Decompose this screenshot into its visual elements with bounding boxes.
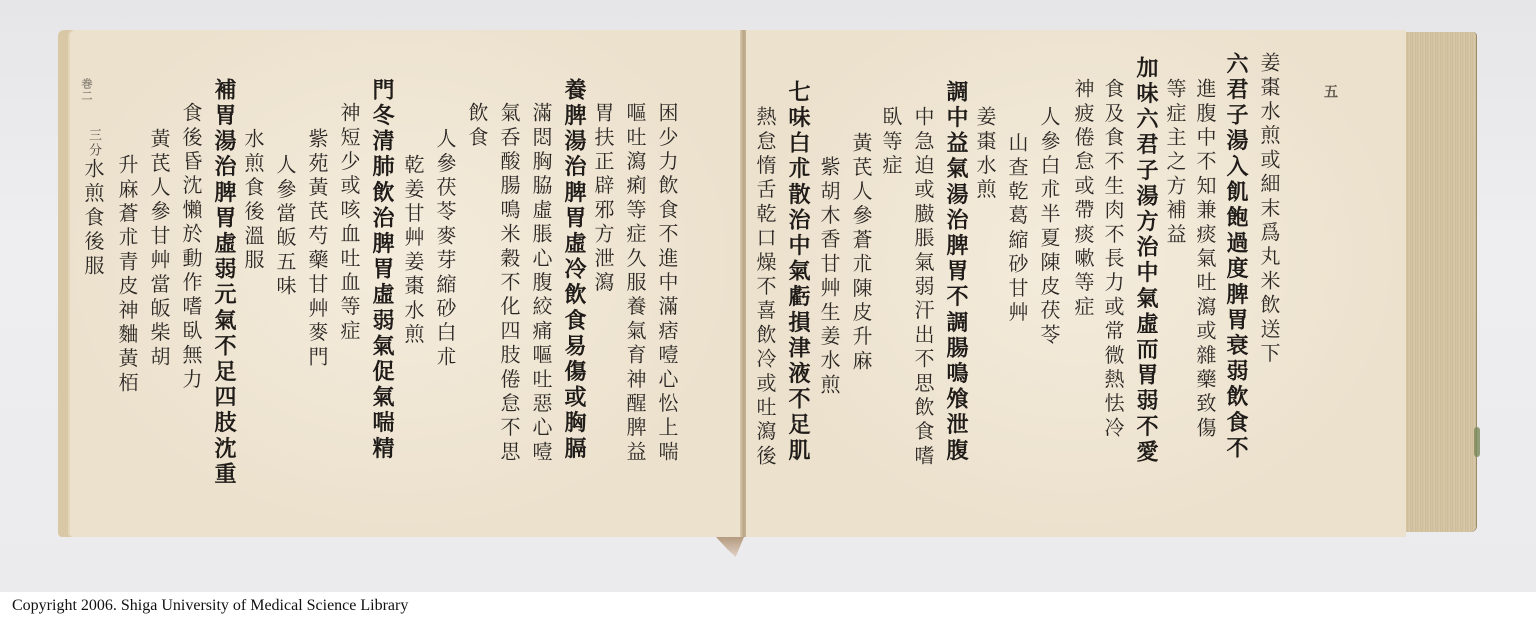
text-column: 神疲倦怠或帶痰嗽等症 [1073,78,1093,320]
text-column: 六君子湯入飢飽過度脾胃衰弱飲食不 [1225,52,1247,462]
text-column: 黃芪人參蒼朮陳皮升麻 [851,132,871,374]
right-page-folio: 五 [1320,84,1340,99]
copyright-notice: Copyright 2006. Shiga University of Medi… [12,597,408,615]
text-column: 山查乾葛縮砂甘艸 [1007,132,1027,326]
text-column: 臥等症 [881,106,901,179]
text-column: 嘔吐瀉痢等症久服養氣育神醒脾益 [625,102,645,465]
text-column: 黃芪人參甘艸當皈柴胡 [149,128,169,370]
text-column: 水煎食後服 [83,158,103,279]
text-column: 升麻蒼朮青皮神麯黃栢 [117,154,137,396]
text-column: 進腹中不知兼痰氣吐瀉或雜藥致傷 [1195,78,1215,441]
text-column: 胃扶正辟邪方泄瀉 [593,102,613,296]
text-column: 三分 [87,128,100,158]
text-column: 人參茯苓麥芽縮砂白朮 [435,128,455,370]
right-page: 姜棗水煎或細末爲丸米飲送下六君子湯入飢飽過度脾胃衰弱飲食不進腹中不知兼痰氣吐瀉或… [746,30,1406,537]
text-column: 紫苑黃芪芍藥甘艸麥門 [307,128,327,370]
text-column: 氣呑酸腸鳴米穀不化四肢倦怠不思 [499,102,519,465]
text-column: 門冬清肺飲治脾胃虛弱氣促氣喘精 [371,78,393,462]
open-book: 巻二 困少力飲食不進中滿痞噎心忪上喘嘔吐瀉痢等症久服養氣育神醒脾益胃扶正辟邪方泄… [58,30,1478,537]
text-column: 中急迫或臌脹氣弱汗出不思飲食嗜 [913,106,933,469]
text-column: 姜棗水煎或細末爲丸米飲送下 [1259,52,1279,367]
text-column: 飲食 [467,102,487,150]
left-page-folio: 巻二 [78,78,94,102]
text-column: 調中益氣湯治脾胃不調腸鳴飧泄腹 [945,80,967,464]
text-column: 神短少或咳血吐血等症 [339,102,359,344]
text-column: 熱怠惰舌乾口燥不喜飲冷或吐瀉後 [755,106,775,469]
text-column: 困少力飲食不進中滿痞噎心忪上喘 [657,102,677,465]
left-page: 巻二 困少力飲食不進中滿痞噎心忪上喘嘔吐瀉痢等症久服養氣育神醒脾益胃扶正辟邪方泄… [58,30,742,537]
text-column: 人參白朮半夏陳皮茯苓 [1039,106,1059,348]
text-column: 紫胡木香甘艸生姜水煎 [819,156,839,398]
text-column: 水煎食後溫服 [243,128,263,273]
text-column: 加味六君子湯方治中氣虛而胃弱不愛 [1135,56,1157,466]
text-column: 等症主之方補益 [1165,78,1185,247]
text-column: 食及食不生肉不長力或常微熱怯冷 [1103,78,1123,441]
fore-edge-stain [1474,427,1480,457]
fore-edge [1406,32,1476,532]
text-column: 補胃湯治脾胃虛弱元氣不足四肢沈重 [213,78,235,488]
text-column: 滿悶胸脇虛脹心腹絞痛嘔吐惡心噎 [531,102,551,465]
text-column: 食後昏沈懶於動作嗜臥無力 [181,102,201,392]
text-column: 七味白朮散治中氣虧損津液不足肌 [787,80,809,464]
text-column: 乾姜甘艸姜棗水煎 [403,154,423,348]
text-column: 人參當皈五味 [275,154,295,299]
text-column: 養脾湯治脾胃虛冷飲食易傷或胸膈 [563,78,585,462]
text-column: 姜棗水煎 [975,106,995,203]
